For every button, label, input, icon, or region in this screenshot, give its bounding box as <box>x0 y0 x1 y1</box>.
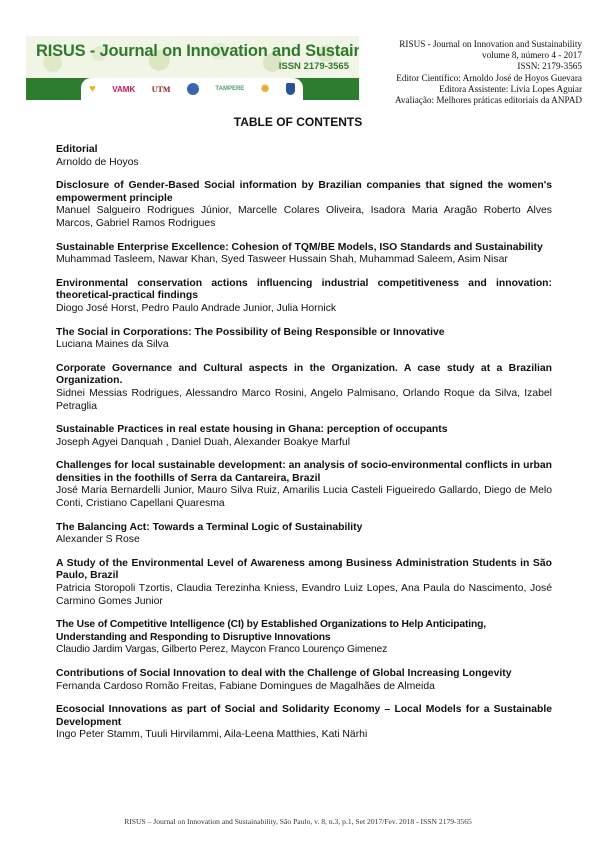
article-title-link[interactable]: The Social in Corporations: The Possibil… <box>56 327 552 340</box>
article-title-link[interactable]: Editorial <box>56 144 552 157</box>
article-authors: Alexander S Rose <box>56 534 552 547</box>
banner-issn: ISSN 2179-3565 <box>279 61 349 72</box>
article-title-link[interactable]: Ecosocial Innovations as part of Social … <box>56 704 552 729</box>
toc-entry: Challenges for local sustainable develop… <box>56 460 552 510</box>
volume-number: volume 8, número 4 - 2017 <box>395 50 582 61</box>
banner-title: RISUS - Journal on Innovation and Sustai… <box>36 42 359 61</box>
toc-entry: Sustainable Enterprise Excellence: Cohes… <box>56 242 552 267</box>
sun-logo-icon: ✺ <box>261 84 269 95</box>
vamk-logo-icon: VAMK <box>112 85 135 94</box>
toc-entry: Sustainable Practices in real estate hou… <box>56 424 552 449</box>
article-title-link[interactable]: A Study of the Environmental Level of Aw… <box>56 558 552 583</box>
article-authors: Muhammad Tasleem, Nawar Khan, Syed Taswe… <box>56 254 552 267</box>
toc-entry: Corporate Governance and Cultural aspect… <box>56 363 552 413</box>
article-title-link[interactable]: Corporate Governance and Cultural aspect… <box>56 363 552 388</box>
issn: ISSN: 2179-3565 <box>395 61 582 72</box>
toc-entry: The Use of Competitive Intelligence (CI)… <box>56 619 552 657</box>
article-title-link[interactable]: Sustainable Enterprise Excellence: Cohes… <box>56 242 552 255</box>
toc-entry: Disclosure of Gender-Based Social inform… <box>56 180 552 230</box>
article-title-link[interactable]: Sustainable Practices in real estate hou… <box>56 424 552 437</box>
article-authors: Joseph Agyei Danquah , Daniel Duah, Alex… <box>56 437 552 450</box>
article-authors: Patricia Storopoli Tzortis, Claudia Tere… <box>56 583 552 608</box>
journal-name: RISUS - Journal on Innovation and Sustai… <box>395 39 582 50</box>
article-authors: Arnoldo de Hoyos <box>56 157 552 170</box>
toc-entry: The Social in Corporations: The Possibil… <box>56 327 552 352</box>
toc-entry: Contributions of Social Innovation to de… <box>56 668 552 693</box>
page-footer: RISUS – Journal on Innovation and Sustai… <box>0 817 596 826</box>
table-of-contents: Editorial Arnoldo de Hoyos Disclosure of… <box>56 144 552 753</box>
circle-logo-icon <box>187 83 199 95</box>
article-authors: Luciana Maines da Silva <box>56 339 552 352</box>
article-authors: Manuel Salgueiro Rodrigues Júnior, Marce… <box>56 205 552 230</box>
shield-logo-icon <box>286 83 295 95</box>
partner-logos: ♥ VAMK UTM TAMPERE ✺ <box>81 78 303 100</box>
toc-entry: Editorial Arnoldo de Hoyos <box>56 144 552 169</box>
evaluation: Avaliação: Melhores práticas editoriais … <box>395 95 582 106</box>
page-title: TABLE OF CONTENTS <box>0 115 596 129</box>
article-title-link[interactable]: The Use of Competitive Intelligence (CI)… <box>56 619 552 644</box>
article-authors: Sidnei Messias Rodrigues, Alessandro Mar… <box>56 388 552 413</box>
tampere-logo-icon: TAMPERE <box>215 86 244 92</box>
article-authors: Diogo José Horst, Pedro Paulo Andrade Ju… <box>56 303 552 316</box>
toc-entry: Environmental conservation actions influ… <box>56 278 552 316</box>
article-authors: Ingo Peter Stamm, Tuuli Hirvilammi, Aila… <box>56 729 552 742</box>
toc-entry: Ecosocial Innovations as part of Social … <box>56 704 552 742</box>
assistant-editor: Editora Assistente: Lívia Lopes Aguiar <box>395 84 582 95</box>
journal-banner: RISUS - Journal on Innovation and Sustai… <box>26 36 359 100</box>
article-title-link[interactable]: The Balancing Act: Towards a Terminal Lo… <box>56 522 552 535</box>
toc-entry: A Study of the Environmental Level of Aw… <box>56 558 552 608</box>
article-title-link[interactable]: Disclosure of Gender-Based Social inform… <box>56 180 552 205</box>
journal-info: RISUS - Journal on Innovation and Sustai… <box>395 39 582 106</box>
article-authors: Fernanda Cardoso Romão Freitas, Fabiane … <box>56 681 552 694</box>
article-title-link[interactable]: Environmental conservation actions influ… <box>56 278 552 303</box>
article-authors: Claudio Jardim Vargas, Gilberto Perez, M… <box>56 644 552 657</box>
article-title-link[interactable]: Challenges for local sustainable develop… <box>56 460 552 485</box>
utm-logo-icon: UTM <box>152 85 171 94</box>
heart-logo-icon: ♥ <box>89 83 96 95</box>
toc-entry: The Balancing Act: Towards a Terminal Lo… <box>56 522 552 547</box>
article-authors: José Maria Bernardelli Junior, Mauro Sil… <box>56 485 552 510</box>
scientific-editor: Editor Científico: Arnoldo José de Hoyos… <box>395 73 582 84</box>
article-title-link[interactable]: Contributions of Social Innovation to de… <box>56 668 552 681</box>
